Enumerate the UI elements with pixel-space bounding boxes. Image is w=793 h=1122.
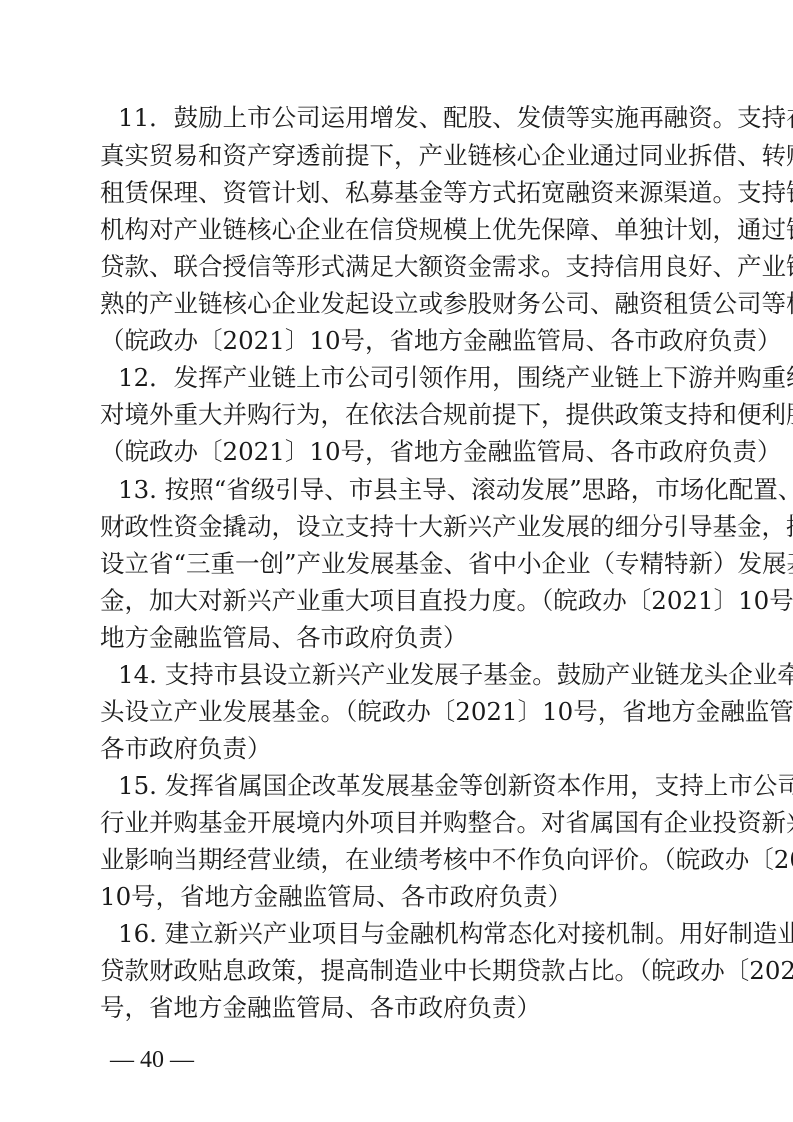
text-line: 14. 支持市县设立新兴产业发展子基金。鼓励产业链龙头企业牵 — [118, 656, 708, 693]
text-line: 贷款财政贴息政策，提高制造业中长期贷款占比。（皖政办〔2021〕10 — [100, 952, 708, 989]
text-line: 设立省“三重一创”产业发展基金、省中小企业（专精特新）发展基 — [100, 545, 708, 582]
text-line: 10号，省地方金融监管局、各市政府负责） — [100, 878, 708, 915]
text-line: （皖政办〔2021〕10号，省地方金融监管局、各市政府负责） — [100, 322, 708, 359]
text-line: 11．鼓励上市公司运用增发、配股、发债等实施再融资。支持在 — [118, 99, 708, 136]
text-line: 12．发挥产业链上市公司引领作用，围绕产业链上下游并购重组， — [118, 359, 708, 396]
page-number: — 40 — — [110, 1044, 194, 1076]
text-line: 贷款、联合授信等形式满足大额资金需求。支持信用良好、产业链成 — [100, 248, 708, 285]
text-line: （皖政办〔2021〕10号，省地方金融监管局、各市政府负责） — [100, 433, 708, 470]
text-line: 租赁保理、资管计划、私募基金等方式拓宽融资来源渠道。支持银行 — [100, 174, 708, 211]
text-line: 财政性资金撬动，设立支持十大新兴产业发展的细分引导基金，接续 — [100, 508, 708, 545]
text-line: 真实贸易和资产穿透前提下，产业链核心企业通过同业拆借、转贴现、 — [100, 137, 708, 174]
text-line: 13. 按照“省级引导、市县主导、滚动发展”思路，市场化配置、 — [118, 471, 708, 508]
document-page: 11．鼓励上市公司运用增发、配股、发债等实施再融资。支持在 真实贸易和资产穿透前… — [0, 0, 793, 1122]
text-line: 熟的产业链核心企业发起设立或参股财务公司、融资租赁公司等机构。 — [100, 285, 708, 322]
text-line: 机构对产业链核心企业在信贷规模上优先保障、单独计划，通过银团 — [100, 211, 708, 248]
text-line: 行业并购基金开展境内外项目并购整合。对省属国有企业投资新兴产 — [100, 804, 708, 841]
text-line: 金，加大对新兴产业重大项目直投力度。（皖政办〔2021〕10号，省 — [100, 582, 708, 619]
text-line: 号，省地方金融监管局、各市政府负责） — [100, 989, 708, 1026]
text-line: 各市政府负责） — [100, 730, 708, 767]
text-line: 对境外重大并购行为，在依法合规前提下，提供政策支持和便利服务。 — [100, 396, 708, 433]
text-line: 业影响当期经营业绩，在业绩考核中不作负向评价。（皖政办〔2021〕 — [100, 841, 708, 878]
text-line: 16. 建立新兴产业项目与金融机构常态化对接机制。用好制造业 — [118, 915, 708, 952]
text-line: 头设立产业发展基金。（皖政办〔2021〕10号，省地方金融监管局、 — [100, 693, 708, 730]
text-line: 地方金融监管局、各市政府负责） — [100, 619, 708, 656]
text-line: 15. 发挥省属国企改革发展基金等创新资本作用，支持上市公司、 — [118, 767, 708, 804]
